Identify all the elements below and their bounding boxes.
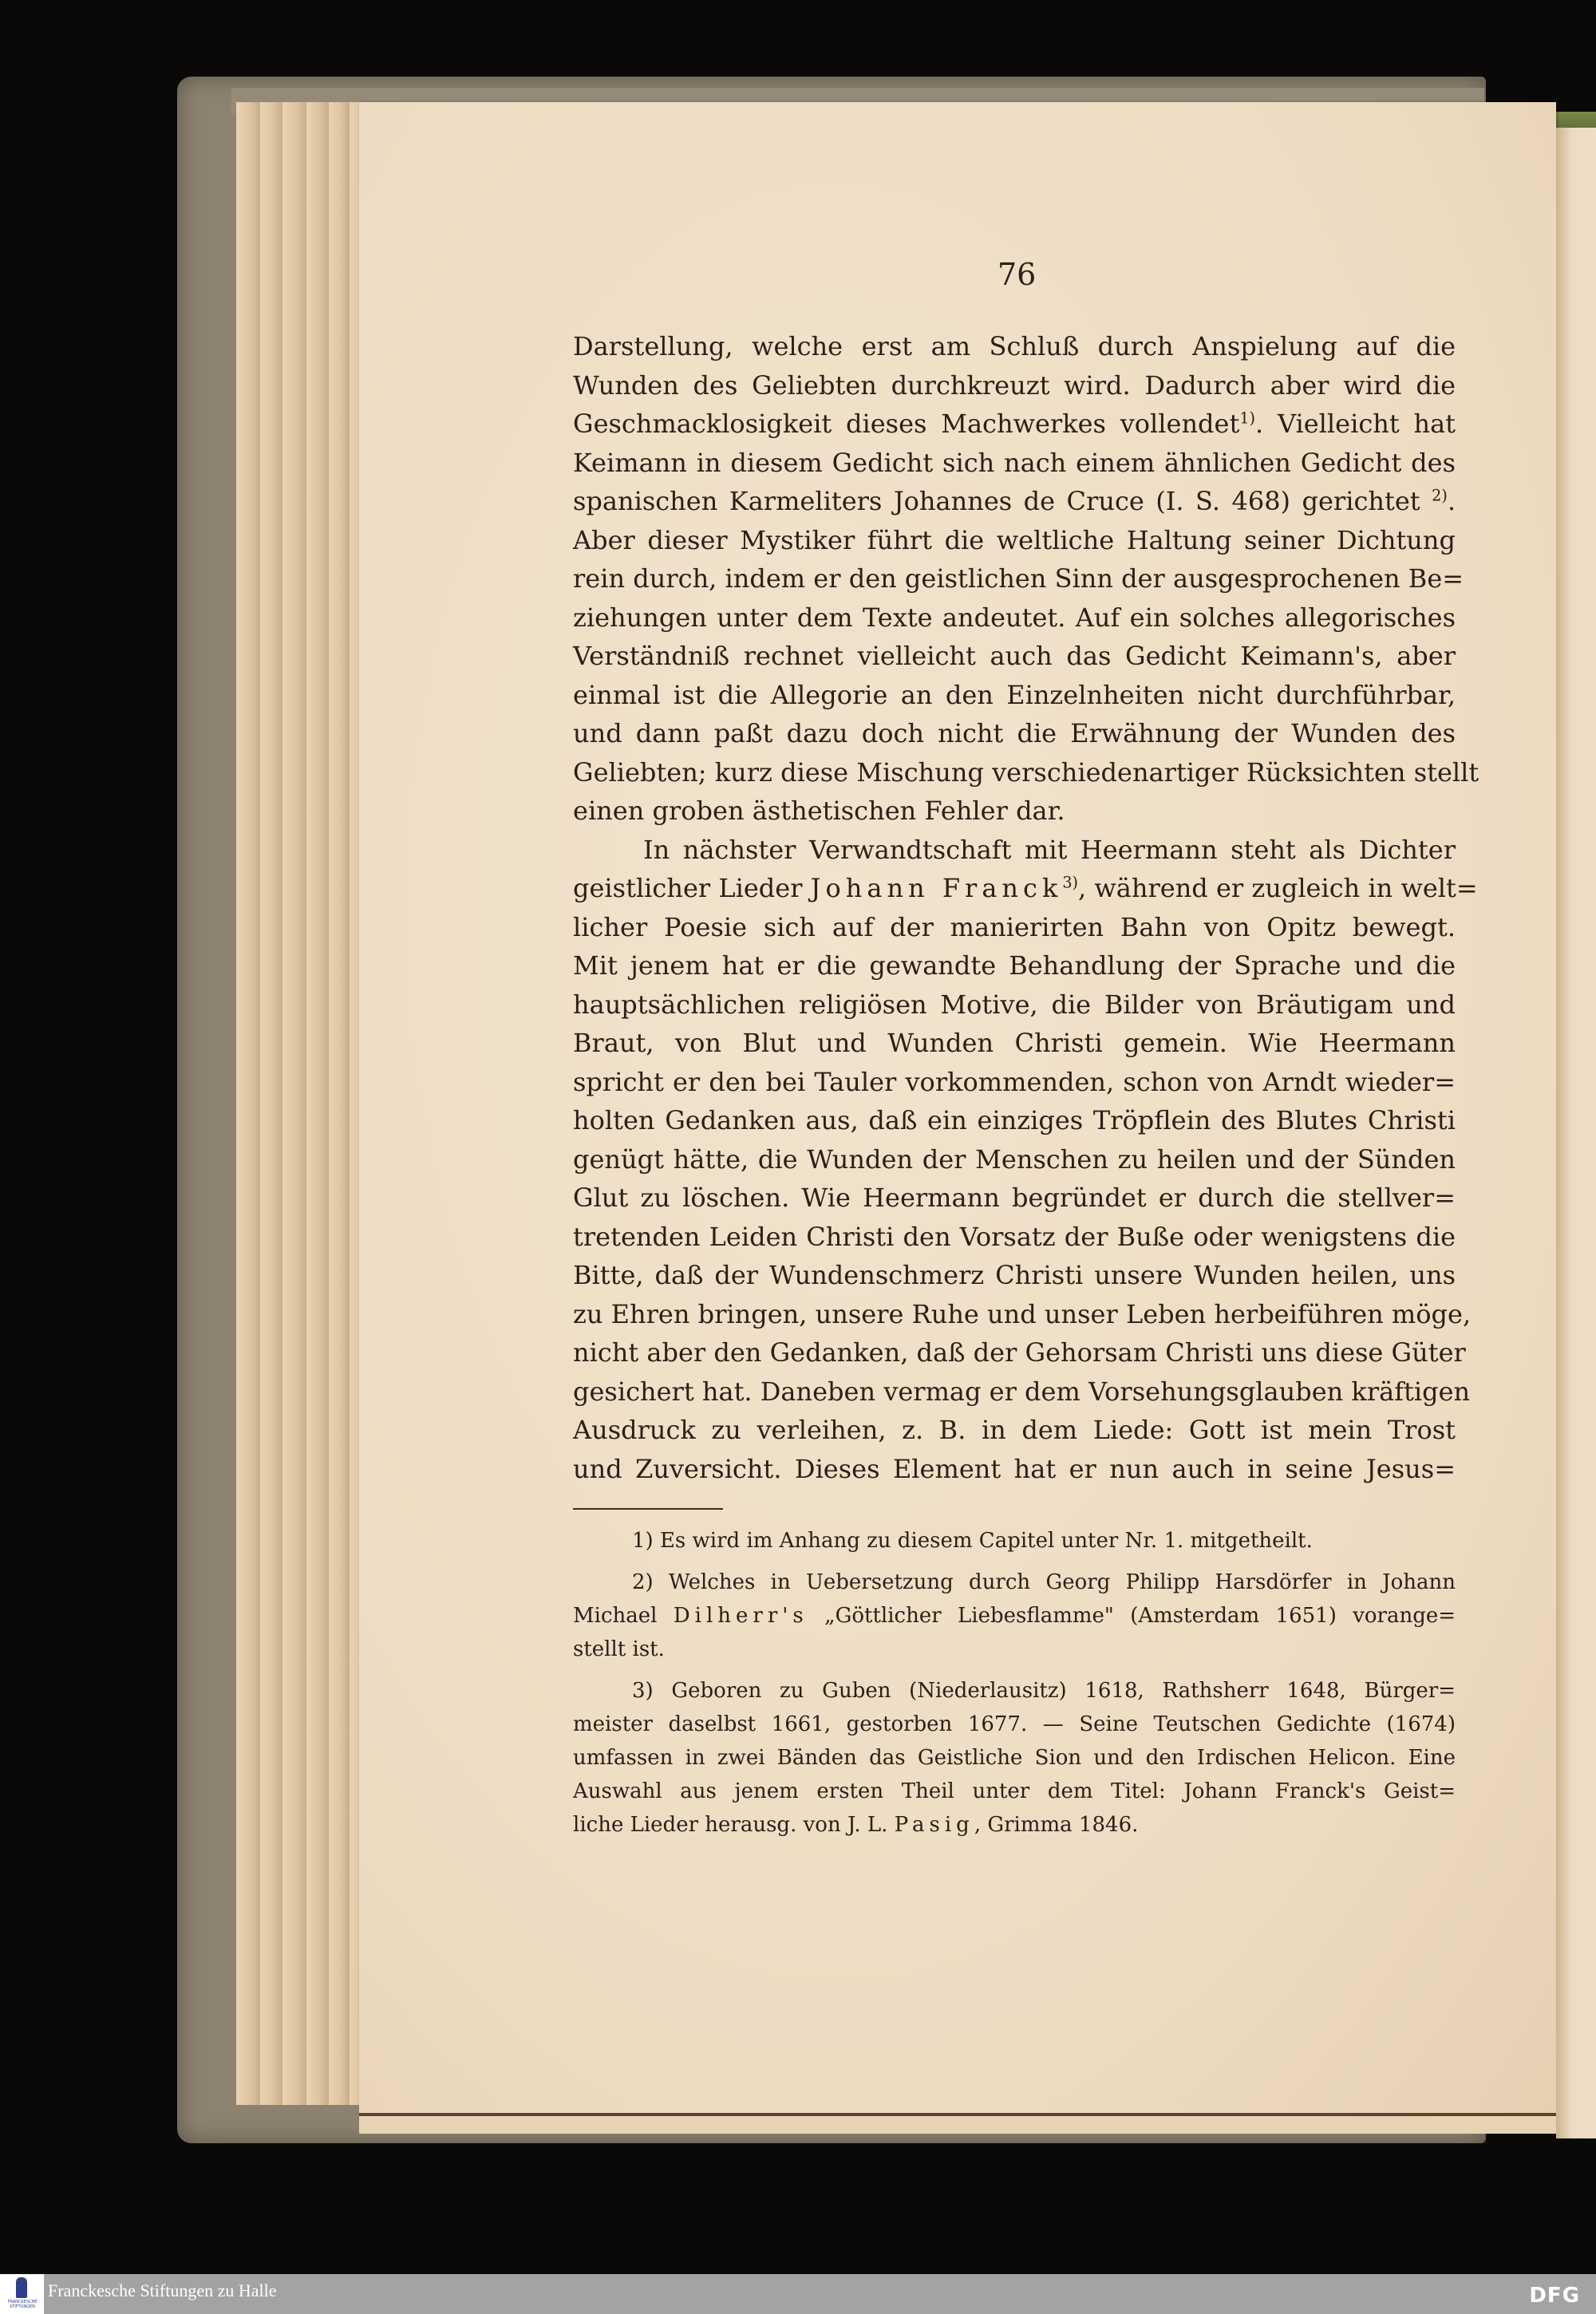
page-leaf bbox=[236, 102, 262, 2105]
text-line: Mit jenem hat er die gewandte Behandlung… bbox=[573, 946, 1456, 985]
footnote-line: umfassen in zwei Bänden das Geistliche S… bbox=[573, 1741, 1456, 1775]
text-line: rein durch, indem er den geistlichen Sin… bbox=[573, 559, 1456, 598]
text-line: Wunden des Geliebten durchkreuzt wird. D… bbox=[573, 366, 1456, 405]
text-line: einmal ist die Allegorie an den Einzelnh… bbox=[573, 676, 1456, 715]
footnote-line: liche Lieder herausg. von J. L. Pasig, G… bbox=[573, 1808, 1456, 1842]
footnote-1: 1) Es wird im Anhang zu diesem Capitel u… bbox=[573, 1524, 1456, 1558]
text-line: nicht aber den Gedanken, daß der Gehorsa… bbox=[573, 1333, 1456, 1372]
footnote-line: Michael Dilherr's „Göttlicher Liebesflam… bbox=[573, 1599, 1456, 1633]
institution-logo[interactable]: FRANCKESCHE STIFTUNGEN bbox=[0, 2274, 44, 2314]
page-leaf bbox=[306, 102, 330, 2105]
spaced-name: Dilherr's bbox=[674, 1604, 808, 1628]
logo-text: FRANCKESCHE STIFTUNGEN bbox=[2, 2300, 43, 2309]
text-line: spricht er den bei Tauler vorkommenden, … bbox=[573, 1063, 1456, 1102]
text-line: Geschmacklosigkeit dieses Machwerkes vol… bbox=[573, 405, 1456, 444]
text-line: hauptsächlichen religiösen Motive, die B… bbox=[573, 985, 1456, 1025]
text-line: und dann paßt dazu doch nicht die Erwähn… bbox=[573, 714, 1456, 753]
text-line: Geliebten; kurz diese Mischung verschied… bbox=[573, 753, 1456, 792]
footnote-3: 3) Geboren zu Guben (Niederlausitz) 1618… bbox=[573, 1674, 1456, 1842]
footnote-line: stellt ist. bbox=[573, 1633, 1456, 1666]
text-line: spanischen Karmeliters Johannes de Cruce… bbox=[573, 482, 1456, 521]
next-page-edge bbox=[1556, 128, 1596, 2138]
text-line: Braut, von Blut und Wunden Christi gemei… bbox=[573, 1024, 1456, 1063]
footnote-divider bbox=[573, 1508, 723, 1510]
spaced-name: Johann Franck bbox=[811, 873, 1063, 903]
text-line: Verständniß rechnet vielleicht auch das … bbox=[573, 637, 1456, 676]
dfg-logo[interactable]: DFG bbox=[1529, 2284, 1580, 2308]
text-line: geistlicher Lieder Johann Franck3), währ… bbox=[573, 869, 1456, 908]
footnote-line: meister daselbst 1661, gestorben 1677. —… bbox=[573, 1708, 1456, 1741]
footnote-ref[interactable]: 3) bbox=[1062, 873, 1078, 891]
page-fore-edges bbox=[236, 102, 370, 2105]
text-line: einen groben ästhetischen Fehler dar. bbox=[573, 792, 1456, 831]
logo-figure-icon bbox=[16, 2277, 27, 2298]
institution-name: Franckesche Stiftungen zu Halle bbox=[48, 2280, 277, 2301]
text-line: Ausdruck zu verleihen, z. B. in dem Lied… bbox=[573, 1411, 1456, 1450]
page-bottom-edge bbox=[359, 2113, 1556, 2134]
footnote-line: 3) Geboren zu Guben (Niederlausitz) 1618… bbox=[573, 1674, 1456, 1708]
text-line: gesichert hat. Daneben vermag er dem Vor… bbox=[573, 1372, 1456, 1412]
footnote-ref[interactable]: 1) bbox=[1239, 409, 1255, 427]
page-leaf bbox=[282, 102, 308, 2105]
footnote-2: 2) Welches in Uebersetzung durch Georg P… bbox=[573, 1566, 1456, 1666]
page-number: 76 bbox=[997, 257, 1036, 292]
text-line: und Zuversicht. Dieses Element hat er nu… bbox=[573, 1450, 1456, 1489]
text-line: Darstellung, welche erst am Schluß durch… bbox=[573, 327, 1456, 366]
footnote-line: 2) Welches in Uebersetzung durch Georg P… bbox=[573, 1566, 1456, 1599]
footnote-ref[interactable]: 2) bbox=[1432, 486, 1448, 504]
page-leaf bbox=[260, 102, 284, 2105]
text-line: holten Gedanken aus, daß ein einziges Tr… bbox=[573, 1101, 1456, 1140]
text-line: licher Poesie sich auf der manierirten B… bbox=[573, 908, 1456, 947]
text-line: Aber dieser Mystiker führt die weltliche… bbox=[573, 521, 1456, 560]
text-line: tretenden Leiden Christi den Vorsatz der… bbox=[573, 1218, 1456, 1257]
text-line: Bitte, daß der Wundenschmerz Christi uns… bbox=[573, 1256, 1456, 1295]
body-text: Darstellung, welche erst am Schluß durch… bbox=[573, 327, 1456, 1488]
footnote-line: 1) Es wird im Anhang zu diesem Capitel u… bbox=[573, 1524, 1456, 1558]
spaced-name: Pasig bbox=[895, 1813, 974, 1837]
text-line: genügt hätte, die Wunden der Menschen zu… bbox=[573, 1140, 1456, 1179]
page-leaf bbox=[329, 102, 351, 2105]
text-line: Keimann in diesem Gedicht sich nach eine… bbox=[573, 444, 1456, 483]
text-line: ziehungen unter dem Texte andeutet. Auf … bbox=[573, 598, 1456, 638]
footnotes: 1) Es wird im Anhang zu diesem Capitel u… bbox=[573, 1524, 1456, 1850]
footnote-line: Auswahl aus jenem ersten Theil unter dem… bbox=[573, 1775, 1456, 1808]
text-line: zu Ehren bringen, unsere Ruhe und unser … bbox=[573, 1295, 1456, 1334]
text-line: Glut zu löschen. Wie Heermann begründet … bbox=[573, 1179, 1456, 1218]
paragraph-start: In nächster Verwandtschaft mit Heermann … bbox=[573, 831, 1456, 870]
